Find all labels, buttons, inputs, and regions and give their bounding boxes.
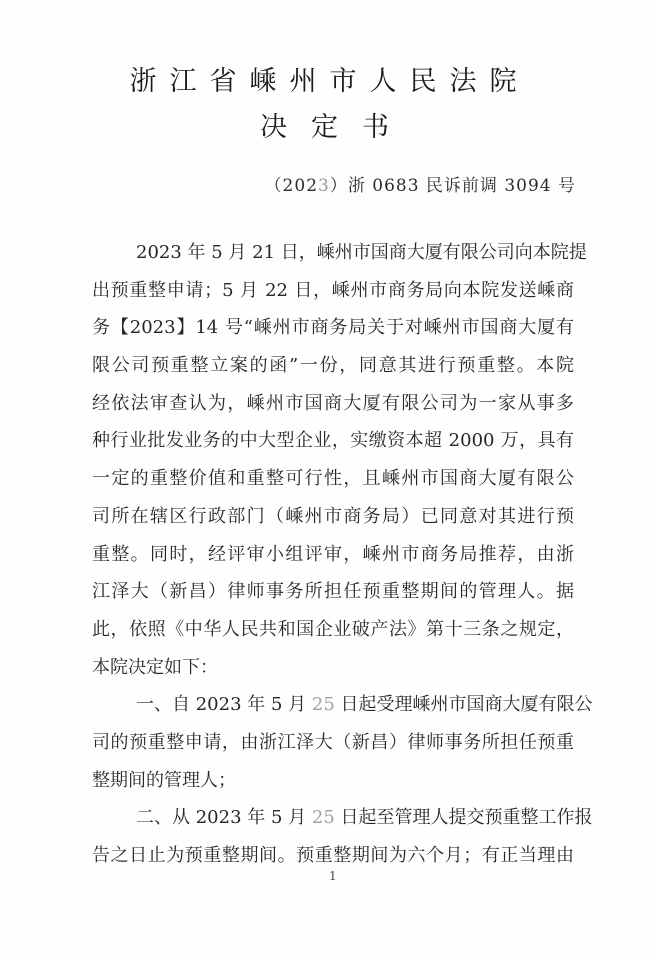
body-line: 重整。同时，经评审小组评审，嵊州市商务局推荐，由浙 (92, 536, 574, 574)
body-line: 司所在辖区行政部门（嵊州市商务局）已同意对其进行预 (92, 498, 574, 536)
body-line: 出预重整申请；5 月 22 日，嵊州市商务局向本院发送嵊商 (92, 272, 574, 310)
faint-date-digits: 25 (312, 694, 335, 715)
case-number-prefix: （202 (265, 176, 318, 196)
document-body: 2023 年 5 月 21 日，嵊州市国商大厦有限公司向本院提 出预重整申请；5… (92, 234, 574, 875)
document-page: 浙江省嵊州市人民法院 决定书 （2023）浙 0683 民诉前调 3094 号 … (0, 0, 653, 960)
court-name-title: 浙江省嵊州市人民法院 (0, 64, 653, 100)
body-line: 2023 年 5 月 21 日，嵊州市国商大厦有限公司向本院提 (92, 234, 574, 272)
body-line: 本院决定如下： (92, 649, 574, 687)
case-number: （2023）浙 0683 民诉前调 3094 号 (265, 173, 576, 199)
text-segment: 日起至管理人提交预重整工作报 (335, 807, 593, 828)
body-line: 限公司预重整立案的函”一份，同意其进行预重整。本院 (92, 347, 574, 385)
decision-item-1-first-line: 一、自 2023 年 5 月 25 日起受理嵊州市国商大厦有限公 (92, 686, 574, 724)
document-type-title: 决定书 (0, 110, 653, 146)
body-line: 务【2023】14 号“嵊州市商务局关于对嵊州市国商大厦有 (92, 309, 574, 347)
body-line: 整期间的管理人； (92, 762, 574, 800)
text-segment: 二、从 2023 年 5 月 (136, 807, 312, 828)
case-number-faint-digit: 3 (318, 176, 330, 196)
faint-date-digits: 25 (312, 807, 335, 828)
decision-item-2-first-line: 二、从 2023 年 5 月 25 日起至管理人提交预重整工作报 (92, 799, 574, 837)
body-line: 经依法审查认为，嵊州市国商大厦有限公司为一家从事多 (92, 385, 574, 423)
body-line: 一定的重整价值和重整可行性，且嵊州市国商大厦有限公 (92, 460, 574, 498)
page-number: 1 (329, 869, 337, 883)
text-segment: 一、自 2023 年 5 月 (136, 694, 312, 715)
text-segment: 日起受理嵊州市国商大厦有限公 (335, 694, 593, 715)
body-line: 种行业批发业务的中大型企业，实缴资本超 2000 万，具有 (92, 422, 574, 460)
body-line: 司的预重整申请，由浙江泽大（新昌）律师事务所担任预重 (92, 724, 574, 762)
body-line: 江泽大（新昌）律师事务所担任预重整期间的管理人。据 (92, 573, 574, 611)
body-line: 此，依照《中华人民共和国企业破产法》第十三条之规定， (92, 611, 574, 649)
case-number-suffix: ）浙 0683 民诉前调 3094 号 (330, 176, 576, 196)
